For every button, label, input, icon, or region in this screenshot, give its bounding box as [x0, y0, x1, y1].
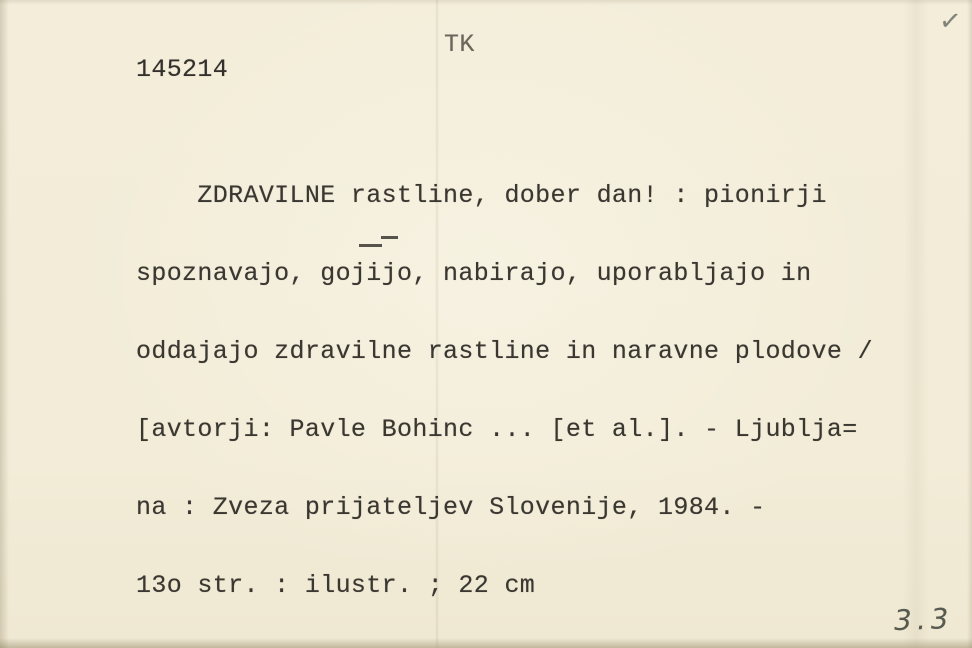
card-top-edge-shadow: [0, 0, 972, 5]
catalog-entry: ZDRAVILNE rastline, dober dan! : pionirj…: [136, 131, 873, 648]
classification-code: TK: [444, 30, 475, 59]
typed-overline-mark: [359, 244, 382, 247]
entry-line: 13o str. : ilustr. ; 22 cm: [136, 573, 873, 599]
handwritten-note: 3.3: [893, 602, 954, 637]
entry-line-title: ZDRAVILNE rastline, dober dan! : pionirj…: [136, 183, 873, 209]
entry-line: oddajajo zdravilne rastline in naravne p…: [136, 339, 873, 365]
card-left-edge-shadow: [0, 0, 9, 648]
accession-number: 145214: [136, 55, 228, 84]
card-right-edge-shadow: [967, 0, 972, 648]
entry-line: spoznavajo, gojijo, nabirajo, uporabljaj…: [136, 261, 873, 287]
checkmark-icon: ✓: [939, 2, 961, 41]
entry-line: [avtorji: Pavle Bohinc ... [et al.]. - L…: [136, 417, 873, 443]
library-catalog-card: TK 145214 ✓ ZDRAVILNE rastline, dober da…: [0, 0, 972, 648]
typed-underline-mark: [381, 236, 398, 239]
entry-line: na : Zveza prijateljev Slovenije, 1984. …: [136, 495, 873, 521]
card-scan-streak: [903, 0, 929, 648]
